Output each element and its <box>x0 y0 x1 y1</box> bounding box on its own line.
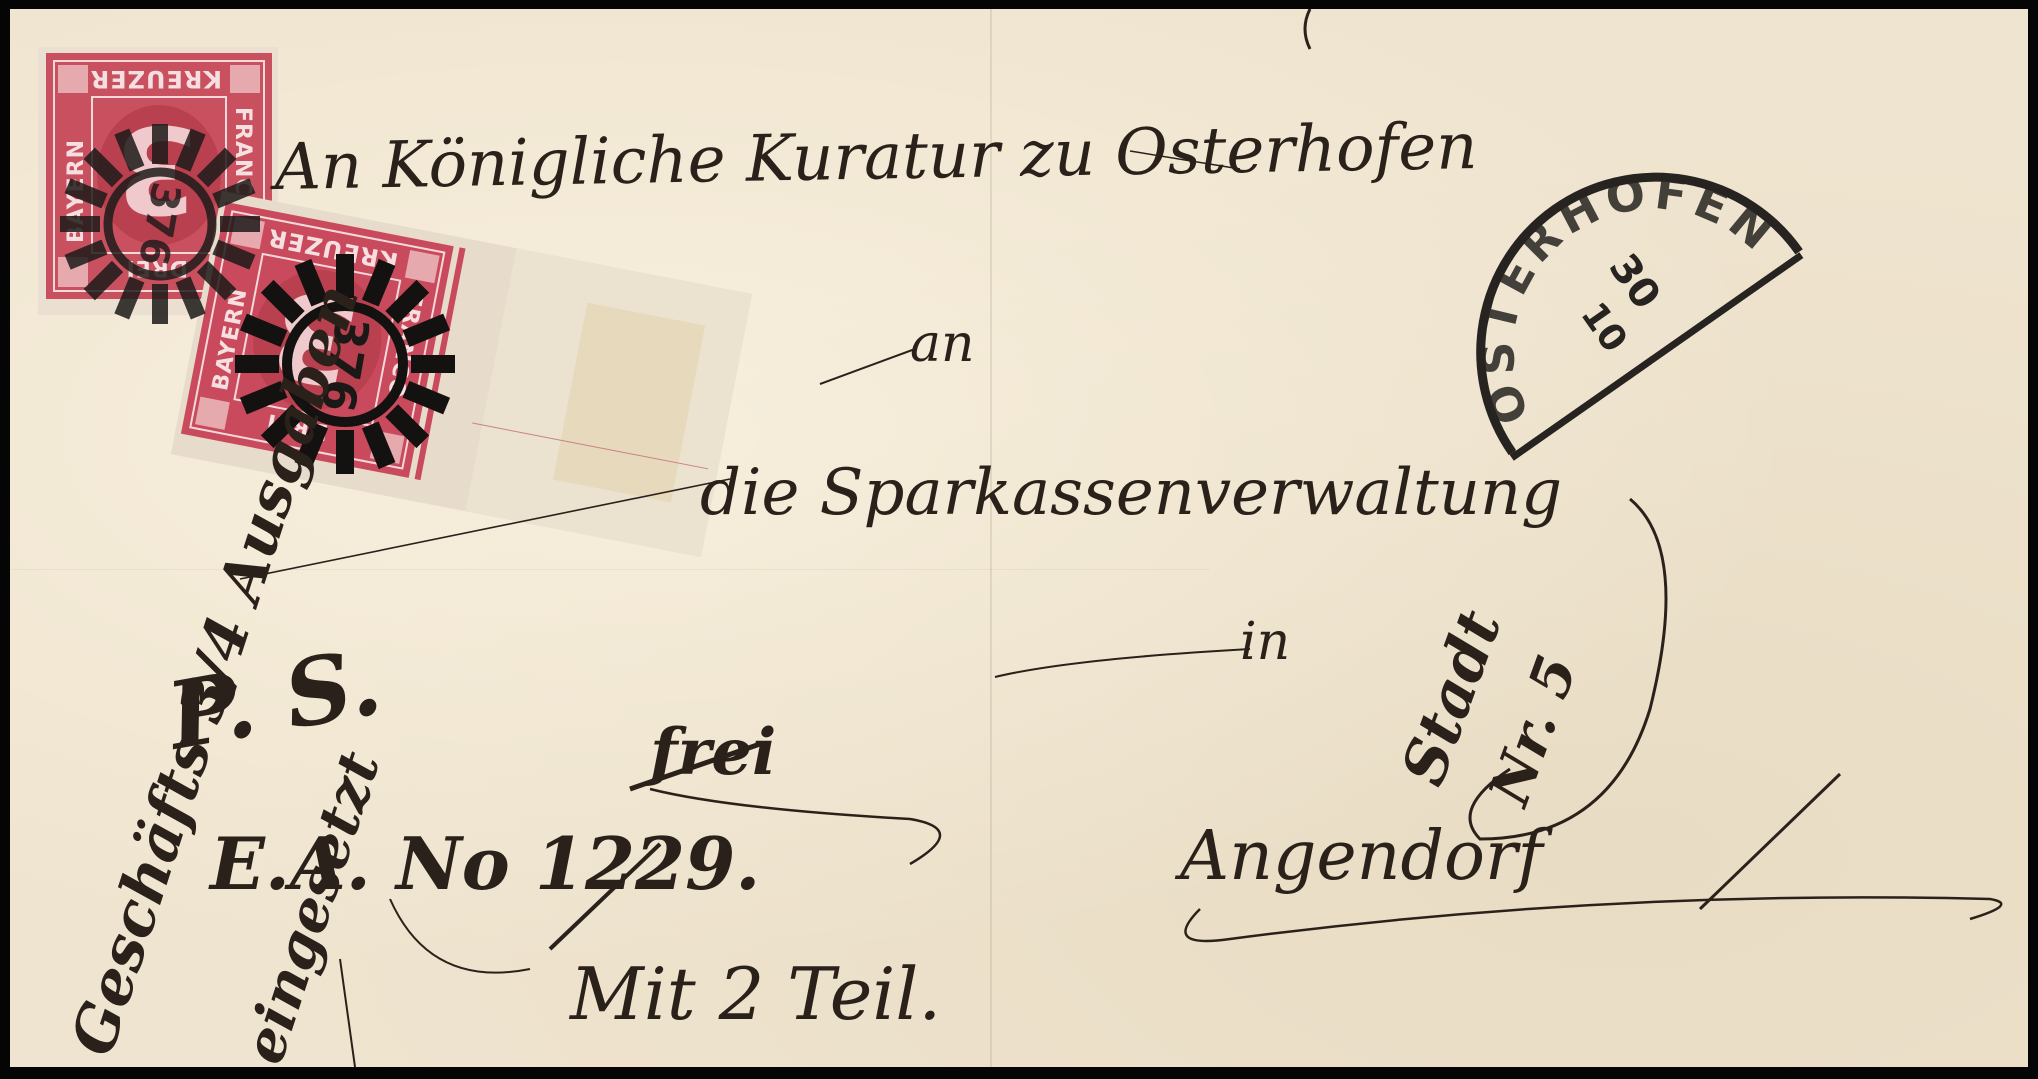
stadt-annotation: Stadt Nr. 5 <box>1388 499 1666 839</box>
address-line-5: Angendorf <box>1174 817 1553 896</box>
cover-artwork: KREUZER BAYERN FRANCO DREI 3 KREUZER BAY… <box>10 9 2028 1067</box>
numeral-cancel-1: 376 <box>60 124 260 324</box>
address-line-4: in <box>1240 612 1290 672</box>
address-line-1: An Königliche Kuratur zu Osterhofen <box>269 110 1478 205</box>
annotation-enclosure: Mit 2 Teil. <box>568 952 941 1036</box>
postal-cover: KREUZER BAYERN FRANCO DREI 3 KREUZER BAY… <box>10 9 2028 1067</box>
stamp-1-top-label: KREUZER <box>90 65 222 93</box>
address-line-3: die Sparkassenverwaltung <box>700 456 1562 530</box>
address-line-2: an <box>910 314 975 374</box>
